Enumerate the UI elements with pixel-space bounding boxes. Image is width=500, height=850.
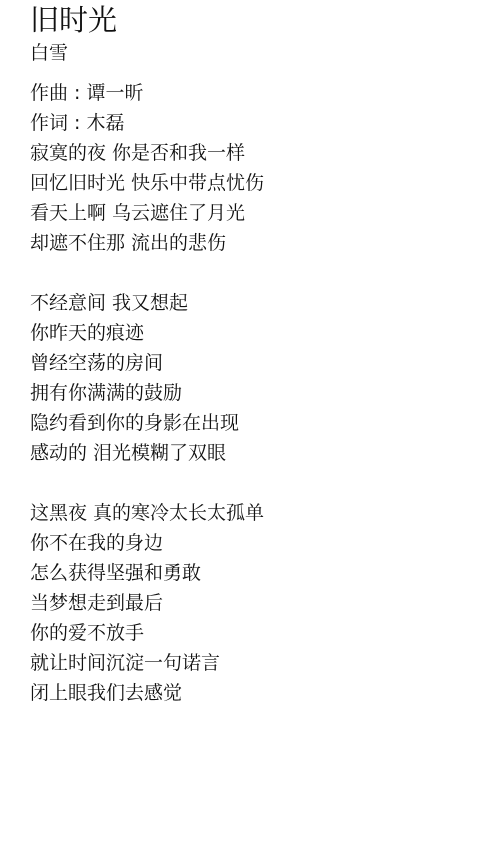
lyric-line: 却遮不住那 流出的悲伤 xyxy=(30,228,490,258)
verse-3: 这黑夜 真的寒冷太长太孤单 你不在我的身边 怎么获得坚强和勇敢 当梦想走到最后 … xyxy=(30,498,490,708)
verse-1: 寂寞的夜 你是否和我一样 回忆旧时光 快乐中带点忧伤 看天上啊 乌云遮住了月光 … xyxy=(30,138,490,258)
lyric-line: 就让时间沉淀一句诺言 xyxy=(30,648,490,678)
lyric-line: 回忆旧时光 快乐中带点忧伤 xyxy=(30,168,490,198)
lyric-line: 拥有你满满的鼓励 xyxy=(30,378,490,408)
lyric-line: 不经意间 我又想起 xyxy=(30,288,490,318)
composer-credit: 作曲 : 谭一昕 xyxy=(30,78,490,108)
song-title: 旧时光 xyxy=(30,0,490,40)
lyricist-credit: 作词 : 木磊 xyxy=(30,108,490,138)
lyric-line: 隐约看到你的身影在出现 xyxy=(30,408,490,438)
lyric-line: 寂寞的夜 你是否和我一样 xyxy=(30,138,490,168)
lyric-line: 这黑夜 真的寒冷太长太孤单 xyxy=(30,498,490,528)
lyric-line: 你昨天的痕迹 xyxy=(30,318,490,348)
lyric-line: 闭上眼我们去感觉 xyxy=(30,678,490,708)
lyric-line: 你不在我的身边 xyxy=(30,528,490,558)
stanza-break xyxy=(30,468,490,498)
lyric-line: 曾经空荡的房间 xyxy=(30,348,490,378)
lyric-line: 怎么获得坚强和勇敢 xyxy=(30,558,490,588)
lyrics-page: 旧时光 白雪 作曲 : 谭一昕 作词 : 木磊 寂寞的夜 你是否和我一样 回忆旧… xyxy=(30,0,490,708)
stanza-break xyxy=(30,258,490,288)
lyric-line: 感动的 泪光模糊了双眼 xyxy=(30,438,490,468)
lyric-line: 当梦想走到最后 xyxy=(30,588,490,618)
verse-2: 不经意间 我又想起 你昨天的痕迹 曾经空荡的房间 拥有你满满的鼓励 隐约看到你的… xyxy=(30,288,490,468)
lyric-line: 看天上啊 乌云遮住了月光 xyxy=(30,198,490,228)
lyric-line: 你的爱不放手 xyxy=(30,618,490,648)
lyrics-body: 作曲 : 谭一昕 作词 : 木磊 寂寞的夜 你是否和我一样 回忆旧时光 快乐中带… xyxy=(30,78,490,708)
artist-name: 白雪 xyxy=(30,40,490,66)
